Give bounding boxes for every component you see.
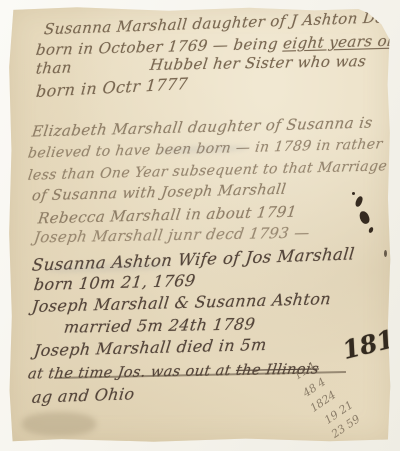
- manuscript-line: ag and Ohio: [31, 384, 136, 407]
- manuscript-line: Elizabeth Marshall daughter of Susanna i…: [31, 114, 374, 141]
- ink-blot: [384, 250, 387, 257]
- underlined-phrase: eight years older: [282, 31, 400, 53]
- manuscript-line: born in Octr 1777: [35, 74, 189, 101]
- manuscript-line: born 10m 21, 1769: [33, 271, 197, 294]
- manuscript-line: than: [35, 58, 73, 77]
- ink-blot: [368, 226, 374, 233]
- ink-blot: [358, 210, 370, 225]
- manuscript-line: Joseph Marshall & Susanna Ashton: [31, 289, 332, 316]
- manuscript-line: married 5m 24th 1789: [63, 314, 257, 336]
- manuscript-line: Hubbel her Sister who was: [149, 52, 367, 74]
- manuscript-page: Susanna Marshall daughter of J Ashton Da…: [8, 6, 391, 443]
- scan-background: Susanna Marshall daughter of J Ashton Da…: [0, 0, 400, 451]
- line-text: at the time Jos. was out at: [27, 363, 237, 383]
- ink-blot: [352, 192, 355, 195]
- ink-blot: [354, 195, 363, 207]
- manuscript-line: of Susanna with Joseph Marshall: [31, 182, 287, 205]
- large-year-annotation: 1813: [340, 320, 400, 365]
- manuscript-line: less than One Year subsequent to that Ma…: [27, 158, 388, 183]
- embossed-stamp: [22, 412, 96, 436]
- manuscript-line: Joseph Marshall junr decd 1793 —: [33, 224, 311, 247]
- manuscript-line: Joseph Marshall died in 5m: [33, 335, 268, 360]
